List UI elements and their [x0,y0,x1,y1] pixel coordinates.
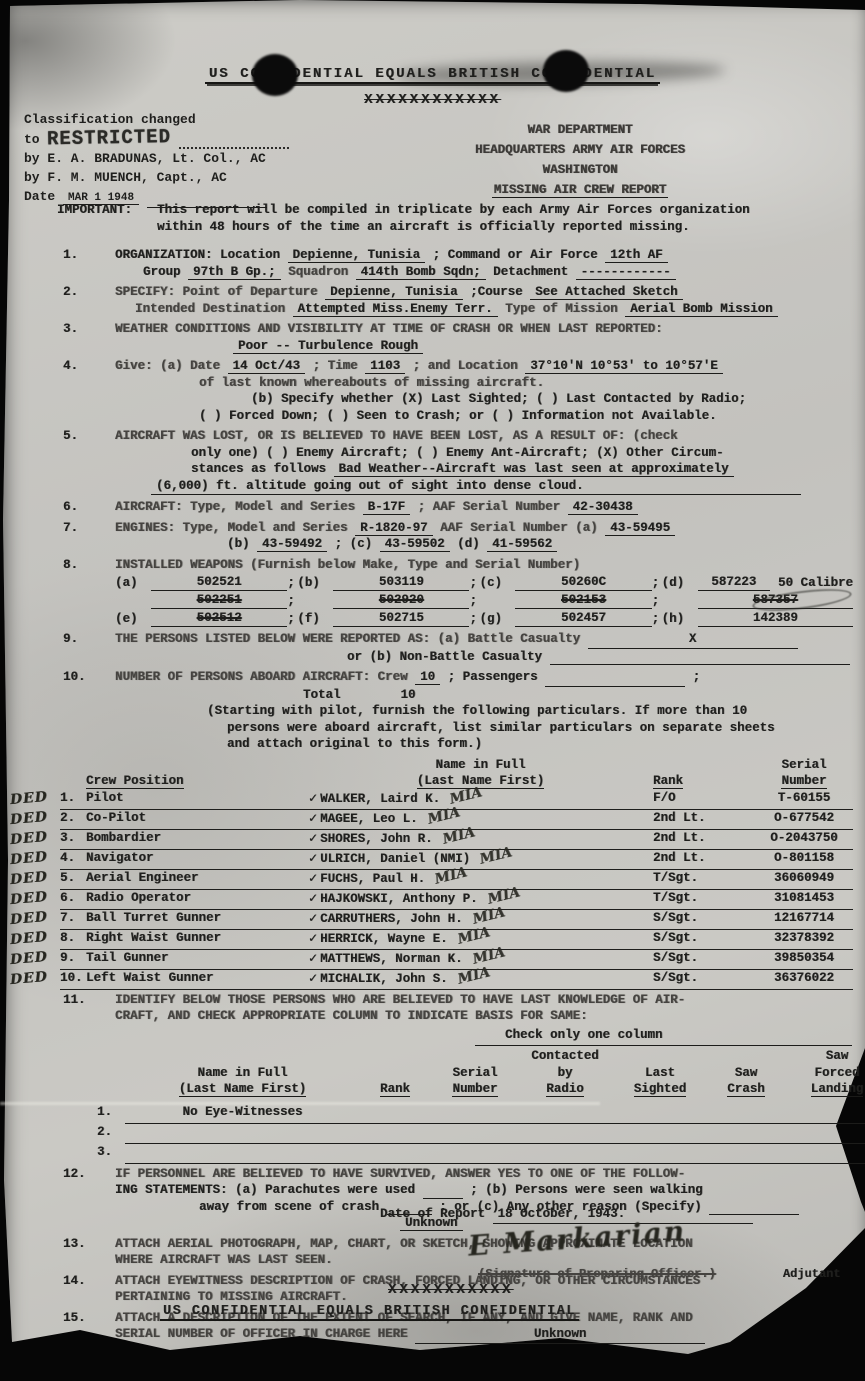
crew-name: ✓HAJKOWSKI, Anthony P.MIA [308,890,653,910]
crew-row-num: 1. [60,790,86,810]
course-label: ;Course [470,285,523,299]
squadron-value: 414th Bomb Sqdn; [356,265,486,280]
item-1-line2: Group 97th B Gp.; Squadron 414th Bomb Sq… [143,264,853,281]
weapon-b-label: (b) [297,575,333,592]
crew-name-text: CARRUTHERS, John H. [320,912,463,926]
top-crossed-out-marks: XXXXXXXXXXXX [0,92,865,109]
item-11-line2: CRAFT, AND CHECK APPROPRIATE COLUMN TO I… [115,1008,853,1025]
point-of-departure-value: Depienne, Tunisia [325,285,463,300]
item-7-line1: ENGINES: Type, Model and Series R-1820-9… [115,520,853,537]
bottom-classification-text: US CONFIDENTIAL EQUALS BRITISH CONFIDENT… [160,1304,579,1321]
letterhead-washington: WASHINGTON [370,160,790,180]
crew-row-num: 3. [60,830,86,850]
ded-annotation: DED [9,967,60,990]
check-mark: ✓ [308,931,318,945]
item-7-body: ENGINES: Type, Model and Series R-1820-9… [115,520,853,553]
witness-radio-line3: Radio [520,1081,610,1098]
item-7-line2: (b) 43-59492 ; (c) 43-59502 (d) 41-59562 [227,536,853,553]
check-columns-rule [475,1043,852,1046]
crew-row-num: 6. [60,890,86,910]
date-label: Give: (a) Date [115,359,220,373]
crew-position-header: Crew Position [86,773,308,790]
witness-row-name: No Eye-Witnesses [125,1104,360,1124]
bottom-crossed-out-marks: XXXXXXXXXXX [388,1282,513,1299]
engine-serial-a-label: AAF Serial Number (a) [440,521,598,535]
witness-radio-line1: Contacted [520,1048,610,1065]
crew-serial: 36060949 [755,870,853,890]
witness-landing-line3: Landing [782,1081,865,1098]
organization-location-label: ORGANIZATION: Location [115,248,280,262]
weapon-e-serial: 502512 [151,610,287,628]
classification-by1: by E. A. BRADUNAS, Lt. Col., AC [24,149,369,168]
crew-name-text: WALKER, Laird K. [320,792,440,806]
crew-name: ✓FUCHS, Paul H.MIA [308,870,653,890]
witness-radio-header: Contacted by Radio [520,1048,610,1098]
ded-annotation: DED [9,947,60,970]
item-8-number: 8. [57,557,115,628]
crew-position: Ball Turret Gunner [86,910,308,930]
crew-serial-header-text: Number [781,774,826,789]
officer-in-charge-label: SERIAL NUMBER OF OFFICER IN CHARGE HERE [115,1327,408,1341]
non-battle-casualty-label: or (b) Non-Battle Casualty [347,650,542,664]
item-9-body: THE PERSONS LISTED BELOW WERE REPORTED A… [115,631,853,665]
witness-rank-header-text: Rank [380,1082,410,1097]
witness-name-header-line2: (Last Name First) [125,1081,360,1098]
item-8-weapons: 8. INSTALLED WEAPONS (Furnish below Make… [57,557,853,628]
aircraft-type-value: B-17F [363,500,411,515]
circumstances-value-1: Bad Weather--Aircraft was last seen at a… [334,462,734,477]
item-4-body: Give: (a) Date 14 Oct/43 ; Time 1103 ; a… [115,358,853,424]
witness-last-sighted-header: Last Sighted [610,1048,710,1098]
intended-destination-label: Intended Destination [135,302,285,316]
item-10-note-2: persons were aboard aircraft, list simil… [227,720,853,737]
weather-value: Poor -- Turbulence Rough [233,339,423,354]
engine-serial-d-label: (d) [457,537,480,551]
spacer [10,773,60,790]
item-3-body: WEATHER CONDITIONS AND VISIBILITY AT TIM… [115,321,853,354]
weapon-b: (b) 503119 ; [297,573,479,591]
witness-sighted-line2: Sighted [610,1081,710,1098]
weapon-struck-3-serial: 502153 [515,592,651,610]
witness-radio-header-text: Radio [546,1082,584,1097]
item-11-body: IDENTIFY BELOW THOSE PERSONS WHO ARE BEL… [115,992,853,1025]
weapon-struck-1-serial: 502251 [151,592,287,610]
weapon-f: (f) 502715 ; [297,609,479,627]
check-only-one-column-note: Check only one column [505,1027,853,1044]
item-5-line4: (6,000) ft. altitude going out of sight … [151,478,853,496]
classification-dotted-line [179,135,289,149]
witness-landing-header-text: Landing [811,1082,864,1097]
weapons-row-2-struck: 502251 ; 502920 ; 502153 ; [115,591,853,609]
witness-serial-header-text: Number [452,1082,497,1097]
separator: ; [287,611,297,628]
crew-rank: 2nd Lt. [653,810,755,830]
witness-row-num: 2. [97,1124,125,1144]
crew-name-header-line1: Name in Full [308,757,653,774]
crew-row-num: 10. [60,970,86,990]
crew-row-num: 4. [60,850,86,870]
semicolon: ; [693,670,701,684]
witness-sighted-header-text: Sighted [634,1082,687,1097]
total-label: Total [303,688,341,702]
witness-cell [360,1124,430,1144]
check-mark: ✓ [308,951,318,965]
form-body: IMPORTANT: This report will be compiled … [57,202,853,1344]
engine-serial-b-label: (b) [227,537,250,551]
crew-rank-header: Rank [653,773,755,790]
crew-count-label: NUMBER OF PERSONS ABOARD AIRCRAFT: Crew [115,670,408,684]
witness-cell [610,1104,710,1124]
crew-row-num: 2. [60,810,86,830]
crew-count-value: 10 [415,670,440,685]
item-5-number: 5. [57,428,115,495]
item-4-number: 4. [57,358,115,424]
weapon-h: (h) 142389 [662,609,853,627]
crew-row-num: 5. [60,870,86,890]
item-9-line2: or (b) Non-Battle Casualty [347,649,853,666]
item-4-line3: (b) Specify whether (X) Last Sighted; ( … [251,391,853,408]
crew-name: ✓HERRICK, Wayne E.MIA [308,930,653,950]
location-label: ; and Location [413,359,518,373]
crew-serial: T-60155 [755,790,853,810]
letterhead-block: WAR DEPARTMENT HEADQUARTERS ARMY AIR FOR… [370,120,790,200]
crew-name: ✓WALKER, Laird K.MIA [308,790,653,810]
group-value: 97th B Gp.; [188,265,281,280]
type-of-mission-label: Type of Mission [505,302,618,316]
officer-in-charge-value: Unknown [415,1326,705,1344]
witness-radio-line2: by [520,1065,610,1082]
punch-hole-left [252,54,298,96]
witness-cell [430,1104,520,1124]
ded-annotation: DED [9,787,60,810]
crew-name: ✓SHORES, John R.MIA [308,830,653,850]
item-5-body: AIRCRAFT WAS LOST, OR IS BELIEVED TO HAV… [115,428,853,495]
witness-cell [360,1104,430,1124]
crew-name-text: HAJKOWSKI, Anthony P. [320,892,478,906]
witness-cell [520,1124,610,1144]
crew-position: Navigator [86,850,308,870]
crew-name: ✓ULRICH, Daniel (NMI)MIA [308,850,653,870]
witness-crash-header-text: Crash [727,1082,765,1097]
item-5-line1: AIRCRAFT WAS LOST, OR IS BELIEVED TO HAV… [115,428,853,445]
item-1-organization: 1. ORGANIZATION: Location Depienne, Tuni… [57,247,853,280]
weapon-c: (c) 50260C ; [479,573,661,591]
item-9-line1: THE PERSONS LISTED BELOW WERE REPORTED A… [115,631,853,649]
item-2-line2: Intended Destination Attempted Miss.Enem… [135,301,853,318]
weapons-label: INSTALLED WEAPONS (Furnish below Make, T… [115,557,853,574]
weapon-a-serial: 502521 [151,574,287,592]
witness-table-header: Name in Full (Last Name First) Rank Seri… [97,1048,853,1098]
top-classification-strip: US CONFIDENTIAL EQUALS BRITISH CONFIDENT… [0,66,865,83]
report-title-text: MISSING AIR CREW REPORT [492,183,669,198]
item-3-number: 3. [57,321,115,354]
ded-annotation: DED [9,827,60,850]
passengers-blank [545,674,685,687]
weapon-g-label: (g) [479,611,515,628]
weapon-h-serial: 142389 [698,610,853,628]
crew-serial: 12167714 [755,910,853,930]
weapon-f-serial: 502715 [333,610,469,628]
check-mark: ✓ [308,891,318,905]
total-value: 10 [348,687,468,704]
check-mark: ✓ [308,831,318,845]
weapon-a-label: (a) [115,575,151,592]
check-mark: ✓ [308,971,318,985]
crew-rank: 2nd Lt. [653,830,755,850]
date-of-report-line: Date of Report 18 October, 1943. [380,1206,753,1224]
witness-cell [782,1104,865,1124]
item-3-weather: 3. WEATHER CONDITIONS AND VISIBILITY AT … [57,321,853,354]
weapon-a: (a) 502521 ; [115,573,297,591]
item-8-body: INSTALLED WEAPONS (Furnish below Make, T… [115,557,853,628]
witness-row-name [125,1144,360,1164]
item-10-line1: NUMBER OF PERSONS ABOARD AIRCRAFT: Crew … [115,669,853,687]
witness-name-header-text: (Last Name First) [179,1082,307,1097]
circumstances-label: stances as follows [191,462,326,476]
item-9-number: 9. [57,631,115,665]
command-air-force-label: ; Command or Air Force [433,248,598,262]
item-11-line1: IDENTIFY BELOW THOSE PERSONS WHO ARE BEL… [115,992,853,1009]
item-14-number: 14. [57,1273,115,1306]
witness-serial-line1: Serial [430,1065,520,1082]
battle-casualty-label: THE PERSONS LISTED BELOW WERE REPORTED A… [115,632,580,646]
item-4-give: 4. Give: (a) Date 14 Oct/43 ; Time 1103 … [57,358,853,424]
crew-name-text: HERRICK, Wayne E. [320,932,448,946]
item-10-line2: Total 10 [303,687,853,704]
organization-location-value: Depienne, Tunisia [288,248,426,263]
separator: ; [652,611,662,628]
crew-serial: 39850354 [755,950,853,970]
parachutes-blank [423,1186,463,1199]
date-value: 14 Oct/43 [228,359,306,374]
witness-name-header: Name in Full (Last Name First) [125,1048,360,1098]
witness-cell [610,1124,710,1144]
witness-cell [520,1144,610,1164]
separator: ; [287,593,297,610]
item-10-number: 10. [57,669,115,753]
crew-rank: 2nd Lt. [653,850,755,870]
crew-serial: O-801158 [755,850,853,870]
item-1-number: 1. [57,247,115,280]
separator: ; [469,593,479,610]
location-value: 37°10'N 10°53' to 10°57'E [525,359,723,374]
witness-cell [782,1124,865,1144]
witness-rank-text: Rank [360,1081,430,1098]
classification-line2: to RESTRICTED [24,129,369,149]
crew-rank: T/Sgt. [653,870,755,890]
classification-date-label: Date [24,189,55,204]
weapon-g-serial: 502457 [515,610,651,628]
item-10-note-1: (Starting with pilot, furnish the follow… [207,703,853,720]
item-4-line1: Give: (a) Date 14 Oct/43 ; Time 1103 ; a… [115,358,853,375]
signature-caption-line: (Signature of Preparing Officer.) Adjuta… [478,1266,840,1283]
weapon-h-label: (h) [662,611,698,628]
point-of-departure-label: SPECIFY: Point of Departure [115,285,318,299]
squadron-label: Squadron [288,265,348,279]
item-3-line2: Poor -- Turbulence Rough [233,338,853,355]
important-text: This report will be compiled in triplica… [157,202,797,235]
witness-rank-header: Rank [360,1048,430,1098]
crew-name: ✓MICHALIK, John S.MIA [308,970,653,990]
away-from-crash-label: away from scene of crash [199,1200,379,1214]
separator: ; [287,575,297,592]
weapon-struck-4: 587357 [662,591,853,609]
item-1-body: ORGANIZATION: Location Depienne, Tunisia… [115,247,853,280]
date-of-report-label: Date of Report [380,1207,485,1221]
witness-cell [430,1124,520,1144]
crew-rank: S/Sgt. [653,970,755,990]
signature-caption: (Signature of Preparing Officer.) [478,1267,716,1281]
letterhead-war-department: WAR DEPARTMENT [370,120,790,140]
item-10-note-3: and attach original to this form.) [227,736,853,753]
item-1-line1: ORGANIZATION: Location Depienne, Tunisia… [115,247,853,264]
crew-name-text: MAGEE, Leo L. [320,812,418,826]
passengers-label: ; Passengers [448,670,538,684]
check-mark: ✓ [308,791,318,805]
crew-serial: 32378392 [755,930,853,950]
crew-name-text: SHORES, John R. [320,832,433,846]
classification-changed-block: Classification changed to RESTRICTED by … [24,110,369,208]
detachment-value: ------------ [576,265,676,280]
item-5-line2: only one) ( ) Enemy Aircraft; ( ) Enemy … [191,445,853,462]
witness-cell [710,1144,782,1164]
crew-serial-header-line1: Serial [755,757,853,774]
item-6-aircraft: 6. AIRCRAFT: Type, Model and Series B-17… [57,499,853,516]
weapon-d-serial: 587223 [698,574,770,592]
engine-serial-c-label: ; (c) [335,537,373,551]
parachutes-label: ING STATEMENTS: (a) Parachutes were used [115,1183,415,1197]
item-12-number: 12. [57,1166,115,1232]
spacer [97,1048,125,1098]
crew-position: Tail Gunner [86,950,308,970]
weapon-e-label: (e) [115,611,151,628]
spacer [10,757,60,774]
separator: ; [469,611,479,628]
ded-annotation: DED [9,807,60,830]
detachment-label: Detachment [493,265,568,279]
witness-landing-line2: Forced [782,1065,865,1082]
check-mark: ✓ [308,811,318,825]
crew-name-text: MICHALIK, John S. [320,972,448,986]
weapon-f-label: (f) [297,611,333,628]
crew-row-num: 8. [60,930,86,950]
witness-cell [520,1104,610,1124]
engine-serial-a-value: 43-59495 [605,521,675,536]
engine-type-value: R-1820-97 [355,521,433,536]
crew-serial: 31081453 [755,890,853,910]
engine-serial-d-value: 41-59562 [487,537,557,552]
letterhead-hq-aaf: HEADQUARTERS ARMY AIR FORCES [370,140,790,160]
separator: ; [652,575,662,592]
check-mark: ✓ [308,871,318,885]
item-11-number: 11. [57,992,115,1025]
witness-cell [360,1144,430,1164]
restricted-stamp: RESTRICTED [47,127,171,149]
crew-serial: O-2043750 [755,830,853,850]
crew-name-text: ULRICH, Daniel (NMI) [320,852,470,866]
witness-cell [430,1144,520,1164]
crew-serial-header-line2: Number [755,773,853,790]
witness-crash-line1: Saw [710,1065,782,1082]
weapon-struck-1: 502251 ; [115,591,297,609]
witness-row-num: 3. [97,1144,125,1164]
crew-row-num: 7. [60,910,86,930]
aaf-serial-label: ; AAF Serial Number [418,500,561,514]
engine-serial-b-value: 43-59492 [257,537,327,552]
weapon-struck-2: 502920 ; [297,591,479,609]
item-6-body: AIRCRAFT: Type, Model and Series B-17F ;… [115,499,853,516]
crew-row-num: 9. [60,950,86,970]
punch-hole-right [543,50,589,92]
check-mark: ✓ [308,851,318,865]
circumstances-value-2: (6,000) ft. altitude going out of sight … [151,478,801,496]
missing-air-crew-report-page: US CONFIDENTIAL EQUALS BRITISH CONFIDENT… [0,0,865,1381]
crew-table-header: Name in Full Serial Crew Position (Last … [10,757,853,790]
witness-serial-line2: Number [430,1081,520,1098]
crew-position: Right Waist Gunner [86,930,308,950]
witness-sighted-line1: Last [610,1065,710,1082]
ded-annotation: DED [9,927,60,950]
aircraft-type-label: AIRCRAFT: Type, Model and Series [115,500,355,514]
separator: ; [652,593,662,610]
crew-rank: S/Sgt. [653,950,755,970]
weapon-c-label: (c) [479,575,515,592]
crew-position: Left Waist Gunner [86,970,308,990]
important-note: IMPORTANT: This report will be compiled … [57,202,853,235]
item-2-line1: SPECIFY: Point of Departure Depienne, Tu… [115,284,853,301]
item-11-witnesses: 11. IDENTIFY BELOW THOSE PERSONS WHO ARE… [57,992,853,1025]
type-of-mission-value: Aerial Bomb Mission [625,302,778,317]
weapon-struck-2-serial: 502920 [333,592,469,610]
item-2-specify: 2. SPECIFY: Point of Departure Depienne,… [57,284,853,317]
crew-position: Radio Operator [86,890,308,910]
crew-position-header-text: Crew Position [86,774,184,789]
item-2-number: 2. [57,284,115,317]
crew-name-text: FUCHS, Paul H. [320,872,425,886]
adjutant-label: Adjutant [783,1267,841,1281]
item-9-reported-as: 9. THE PERSONS LISTED BELOW WERE REPORTE… [57,631,853,665]
spacer [60,773,86,790]
item-15-line2: SERIAL NUMBER OF OFFICER IN CHARGE HERE … [115,1326,853,1344]
crew-name-text: MATTHEWS, Norman K. [320,952,463,966]
intended-destination-value: Attempted Miss.Enemy Terr. [293,302,498,317]
witness-rows: 1. No Eye-Witnesses 2. 3. [97,1104,853,1164]
ded-annotation: DED [9,867,60,890]
crew-position: Pilot [86,790,308,810]
crew-position: Co-Pilot [86,810,308,830]
engine-type-label: ENGINES: Type, Model and Series [115,521,348,535]
weapons-row-3: (e) 502512 ; (f) 502715 ; (g) 502457 ; [115,609,853,627]
item-4-line4: ( ) Forced Down; ( ) Seen to Crash; or (… [199,408,853,425]
spacer [653,757,755,774]
witness-cell [610,1144,710,1164]
item-4-line2: of last known whereabouts of missing air… [199,375,853,392]
weather-label: WEATHER CONDITIONS AND VISIBILITY AT TIM… [115,321,853,338]
course-value: See Attached Sketch [530,285,683,300]
witness-name-header-line1: Name in Full [125,1065,360,1082]
ded-annotation: DED [9,847,60,870]
spacer [86,757,308,774]
witness-forced-landing-header: Saw Forced Landing [782,1048,865,1098]
item-12-line2: ING STATEMENTS: (a) Parachutes were used… [115,1182,853,1199]
crew-serial: 36376022 [755,970,853,990]
witness-saw-crash-header: Saw Crash [710,1048,782,1098]
engine-serial-c-value: 43-59502 [380,537,450,552]
witness-crash-line2: Crash [710,1081,782,1098]
weapon-b-serial: 503119 [333,574,469,592]
classification-to-label: to [24,132,40,147]
witness-row-num: 1. [97,1104,125,1124]
